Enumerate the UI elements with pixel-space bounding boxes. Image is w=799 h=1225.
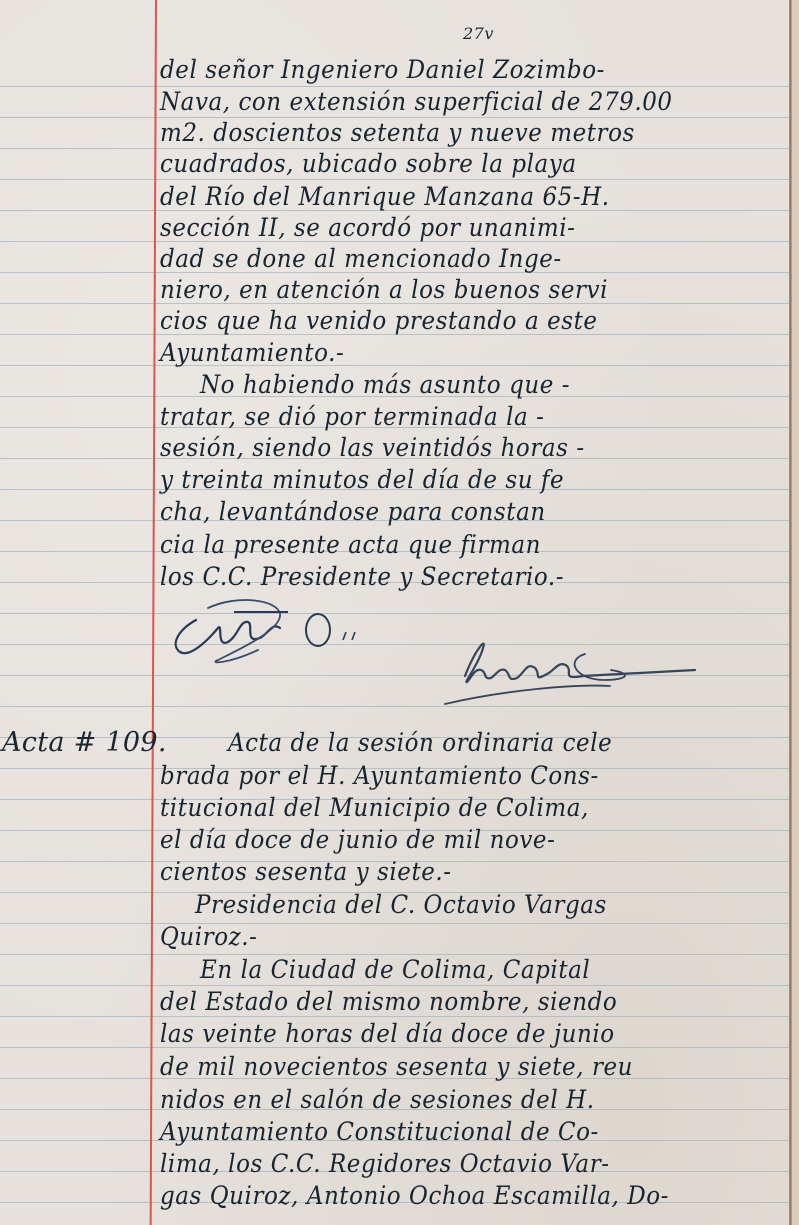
signature-flourish-icon	[168, 590, 408, 665]
handwritten-line: sección II, se acordó por unanimi-	[160, 212, 740, 243]
handwritten-line: niero, en atención a los buenos servi	[160, 274, 740, 305]
ledger-page: 27v del señor Ingeniero Daniel Zozimbo- …	[0, 0, 790, 1225]
handwritten-line: gas Quiroz, Antonio Ochoa Escamilla, Do-	[160, 1180, 740, 1211]
handwritten-line: Ayuntamiento Constitucional de Co-	[160, 1116, 740, 1147]
handwritten-line: No habiendo más asunto que -	[200, 369, 780, 400]
handwritten-line: cia la presente acta que firman	[160, 529, 740, 560]
handwritten-line: m2. doscientos setenta y nueve metros	[160, 117, 740, 148]
handwritten-line: lima, los C.C. Regidores Octavio Var-	[160, 1148, 740, 1179]
handwritten-line: cha, levantándose para constan	[160, 496, 740, 527]
handwritten-line: Presidencia del C. Octavio Vargas	[195, 889, 775, 920]
handwritten-line: cientos sesenta y siete.-	[160, 856, 740, 887]
handwritten-line: los C.C. Presidente y Secretario.-	[160, 561, 740, 592]
signature-flourish-icon	[435, 630, 725, 710]
handwritten-line: Nava, con extensión superficial de 279.0…	[160, 86, 740, 117]
handwritten-line: Quiroz.-	[160, 921, 740, 952]
adjacent-page-strip	[792, 0, 799, 1225]
handwritten-line: titucional del Municipio de Colima,	[160, 792, 740, 823]
handwritten-line: Ayuntamiento.-	[160, 337, 740, 368]
handwritten-line: el día doce de junio de mil nove-	[160, 824, 740, 855]
handwritten-line: Acta de la sesión ordinaria cele	[228, 727, 790, 758]
act-number-margin-label: Acta # 109.	[2, 727, 167, 758]
handwritten-line: En la Ciudad de Colima, Capital	[200, 954, 780, 985]
handwritten-line: y treinta minutos del día de su fe	[160, 464, 740, 495]
folio-number: 27v	[463, 24, 494, 43]
handwritten-line: las veinte horas del día doce de junio	[160, 1018, 740, 1049]
handwritten-line: tratar, se dió por terminada la -	[160, 401, 740, 432]
president-signature: Octavio V.	[168, 590, 408, 665]
handwritten-line: del Río del Manrique Manzana 65-H.	[160, 181, 740, 212]
handwritten-line: del Estado del mismo nombre, siendo	[160, 986, 740, 1017]
ruled-line	[0, 179, 790, 180]
handwritten-line: del señor Ingeniero Daniel Zozimbo-	[160, 54, 740, 85]
handwritten-line: brada por el H. Ayuntamiento Cons-	[160, 760, 740, 791]
handwritten-line: dad se done al mencionado Inge-	[160, 243, 740, 274]
handwritten-line: sesión, siendo las veintidós horas -	[160, 432, 740, 463]
handwritten-line: nidos en el salón de sesiones del H.	[160, 1084, 740, 1115]
secretary-signature: Ismael	[435, 630, 725, 710]
handwritten-line: cuadrados, ubicado sobre la playa	[160, 148, 740, 179]
handwritten-line: cios que ha venido prestando a este	[160, 305, 740, 336]
handwritten-line: de mil novecientos sesenta y siete, reu	[160, 1051, 740, 1082]
